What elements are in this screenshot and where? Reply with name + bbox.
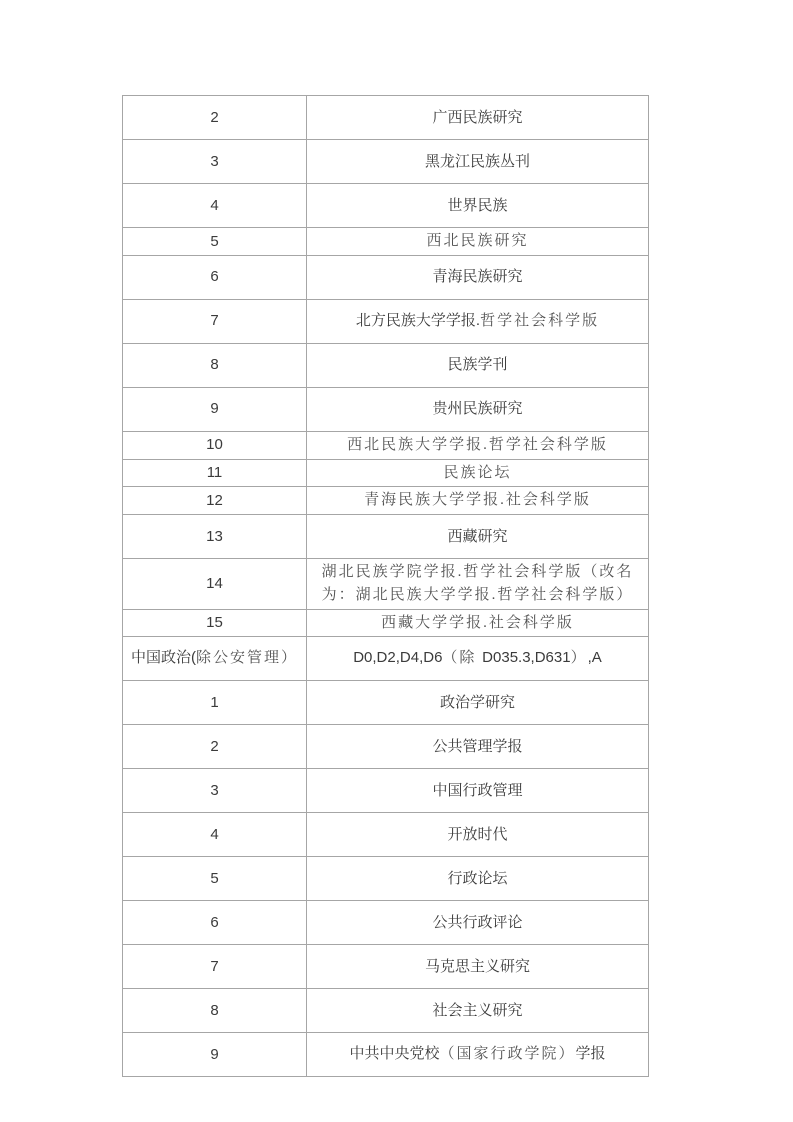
- table-row: 15西藏大学学报.社会科学版: [123, 609, 649, 637]
- text-segment: 11: [207, 464, 223, 481]
- text-segment: 15: [206, 614, 223, 631]
- journal-name-cell: 民族论坛: [307, 459, 649, 487]
- text-segment: 民族学刊: [447, 356, 507, 373]
- row-number-cell: 1: [123, 681, 307, 725]
- text-segment: 西藏研究: [447, 528, 507, 545]
- text-segment: 黑龙江民族丛刊: [425, 153, 530, 170]
- table-row: 1政治学研究: [123, 681, 649, 725]
- row-number-cell: 8: [123, 989, 307, 1033]
- journal-name-cell: 青海民族研究: [307, 255, 649, 299]
- journal-name-cell: 中共中央党校（国家行政学院）学报: [307, 1033, 649, 1077]
- text-segment: 青海民族研究: [432, 268, 522, 285]
- journal-name-cell: 社会主义研究: [307, 989, 649, 1033]
- table-row: 10西北民族大学学报.哲学社会科学版: [123, 431, 649, 459]
- row-number-cell: 3: [123, 140, 307, 184]
- text-segment: 公共管理学报: [432, 738, 522, 755]
- text-segment: 西北民族大学学报.哲学社会科学版: [347, 437, 608, 453]
- text-segment: 中共中央党校: [349, 1045, 439, 1062]
- table-row: 中国政治(除公安管理）D0,D2,D4,D6（除 D035.3,D631）,A: [123, 637, 649, 681]
- table-row: 5行政论坛: [123, 857, 649, 901]
- row-number-cell: 10: [123, 431, 307, 459]
- text-segment: 5: [210, 870, 218, 887]
- journal-name-cell: 公共管理学报: [307, 725, 649, 769]
- journal-name-cell: 广西民族研究: [307, 96, 649, 140]
- journal-name-cell: 西藏大学学报.社会科学版: [307, 609, 649, 637]
- text-segment: 9: [210, 1046, 218, 1063]
- text-segment: ,A: [588, 649, 602, 666]
- text-segment: 青海民族大学学报.社会科学版: [364, 492, 591, 508]
- table-row: 7马克思主义研究: [123, 945, 649, 989]
- text-segment: 世界民族: [447, 197, 507, 214]
- text-segment: 12: [206, 492, 223, 509]
- journal-name-cell: 贵州民族研究: [307, 387, 649, 431]
- row-number-cell: 3: [123, 769, 307, 813]
- text-segment: 7: [210, 958, 218, 975]
- text-segment: 西北民族研究: [426, 233, 528, 249]
- text-segment: D035.3,D631: [482, 649, 570, 666]
- document-page: 2广西民族研究3黑龙江民族丛刊4世界民族5西北民族研究6青海民族研究7北方民族大…: [0, 0, 793, 1122]
- text-segment: 6: [210, 268, 218, 285]
- row-number-cell: 5: [123, 857, 307, 901]
- text-segment: 2: [210, 738, 218, 755]
- journal-name-cell: 北方民族大学学报.哲学社会科学版: [307, 299, 649, 343]
- text-segment: 中国行政管理: [432, 782, 522, 799]
- table-row: 6公共行政评论: [123, 901, 649, 945]
- text-segment: 开放时代: [447, 826, 507, 843]
- text-segment: 3: [210, 153, 218, 170]
- table-row: 12青海民族大学学报.社会科学版: [123, 487, 649, 515]
- table-row: 4世界民族: [123, 184, 649, 228]
- table-row: 7北方民族大学学报.哲学社会科学版: [123, 299, 649, 343]
- text-segment: （国家行政学院）: [439, 1046, 575, 1062]
- text-segment: 西藏大学学报.社会科学版: [381, 615, 574, 631]
- journal-name-cell: 西北民族研究: [307, 228, 649, 256]
- text-segment: 广西民族研究: [432, 109, 522, 126]
- row-number-cell: 9: [123, 1033, 307, 1077]
- table-row: 6青海民族研究: [123, 255, 649, 299]
- journal-table-body: 2广西民族研究3黑龙江民族丛刊4世界民族5西北民族研究6青海民族研究7北方民族大…: [123, 96, 649, 1077]
- journal-name-cell: D0,D2,D4,D6（除 D035.3,D631）,A: [307, 637, 649, 681]
- row-number-cell: 13: [123, 515, 307, 559]
- text-segment: D0,D2,D4,D6: [353, 649, 442, 666]
- text-segment: 民族论坛: [443, 465, 511, 481]
- text-segment: 6: [210, 914, 218, 931]
- table-row: 2公共管理学报: [123, 725, 649, 769]
- row-number-cell: 7: [123, 299, 307, 343]
- text-segment: 行政论坛: [447, 870, 507, 887]
- table-row: 5西北民族研究: [123, 228, 649, 256]
- text-segment: 学报: [576, 1045, 606, 1062]
- journal-name-cell: 青海民族大学学报.社会科学版: [307, 487, 649, 515]
- text-segment: （除: [442, 650, 482, 666]
- text-segment: 4: [210, 197, 218, 214]
- journal-name-cell: 黑龙江民族丛刊: [307, 140, 649, 184]
- text-segment: 5: [210, 233, 218, 250]
- row-number-cell: 7: [123, 945, 307, 989]
- row-number-cell: 12: [123, 487, 307, 515]
- row-number-cell: 8: [123, 343, 307, 387]
- journal-name-cell: 行政论坛: [307, 857, 649, 901]
- text-segment: 中国政治(: [131, 649, 196, 666]
- text-segment: 3: [210, 782, 218, 799]
- text-segment: 13: [206, 528, 223, 545]
- table-row: 9贵州民族研究: [123, 387, 649, 431]
- table-row: 3中国行政管理: [123, 769, 649, 813]
- text-segment: 政治学研究: [440, 694, 515, 711]
- journal-name-cell: 马克思主义研究: [307, 945, 649, 989]
- journal-name-cell: 公共行政评论: [307, 901, 649, 945]
- row-number-cell: 15: [123, 609, 307, 637]
- text-segment: 10: [206, 436, 223, 453]
- text-segment: 贵州民族研究: [432, 400, 522, 417]
- journal-table: 2广西民族研究3黑龙江民族丛刊4世界民族5西北民族研究6青海民族研究7北方民族大…: [122, 95, 649, 1077]
- journal-name-cell: 世界民族: [307, 184, 649, 228]
- journal-name-cell: 开放时代: [307, 813, 649, 857]
- text-segment: 哲学社会科学版: [480, 313, 599, 329]
- table-row: 13西藏研究: [123, 515, 649, 559]
- text-segment: 4: [210, 826, 218, 843]
- row-number-cell: 5: [123, 228, 307, 256]
- table-row: 4开放时代: [123, 813, 649, 857]
- table-row: 3黑龙江民族丛刊: [123, 140, 649, 184]
- text-segment: 14: [206, 575, 223, 592]
- row-number-cell: 中国政治(除公安管理）: [123, 637, 307, 681]
- table-row: 11民族论坛: [123, 459, 649, 487]
- text-segment: 8: [210, 356, 218, 373]
- text-segment: 1: [210, 694, 218, 711]
- row-number-cell: 14: [123, 559, 307, 610]
- journal-name-cell: 政治学研究: [307, 681, 649, 725]
- row-number-cell: 2: [123, 96, 307, 140]
- table-row: 8社会主义研究: [123, 989, 649, 1033]
- table-row: 2广西民族研究: [123, 96, 649, 140]
- table-row: 14湖北民族学院学报.哲学社会科学版（改名为：湖北民族大学学报.哲学社会科学版）: [123, 559, 649, 610]
- row-number-cell: 6: [123, 255, 307, 299]
- text-segment: ）: [571, 650, 588, 666]
- journal-name-cell: 中国行政管理: [307, 769, 649, 813]
- text-segment: 马克思主义研究: [425, 958, 530, 975]
- text-segment: 2: [210, 109, 218, 126]
- text-segment: 社会主义研究: [432, 1002, 522, 1019]
- row-number-cell: 4: [123, 813, 307, 857]
- table-row: 8民族学刊: [123, 343, 649, 387]
- journal-name-cell: 湖北民族学院学报.哲学社会科学版（改名为：湖北民族大学学报.哲学社会科学版）: [307, 559, 649, 610]
- row-number-cell: 2: [123, 725, 307, 769]
- text-segment: 除公安管理）: [196, 650, 298, 666]
- text-segment: 9: [210, 400, 218, 417]
- row-number-cell: 4: [123, 184, 307, 228]
- row-number-cell: 6: [123, 901, 307, 945]
- text-segment: 湖北民族学院学报.哲学社会科学版（改名为：湖北民族大学学报.哲学社会科学版）: [322, 564, 634, 603]
- journal-name-cell: 西北民族大学学报.哲学社会科学版: [307, 431, 649, 459]
- text-segment: 北方民族大学学报.: [356, 312, 480, 329]
- row-number-cell: 9: [123, 387, 307, 431]
- row-number-cell: 11: [123, 459, 307, 487]
- table-row: 9中共中央党校（国家行政学院）学报: [123, 1033, 649, 1077]
- text-segment: 7: [210, 312, 218, 329]
- journal-name-cell: 西藏研究: [307, 515, 649, 559]
- text-segment: 公共行政评论: [432, 914, 522, 931]
- journal-name-cell: 民族学刊: [307, 343, 649, 387]
- text-segment: 8: [210, 1002, 218, 1019]
